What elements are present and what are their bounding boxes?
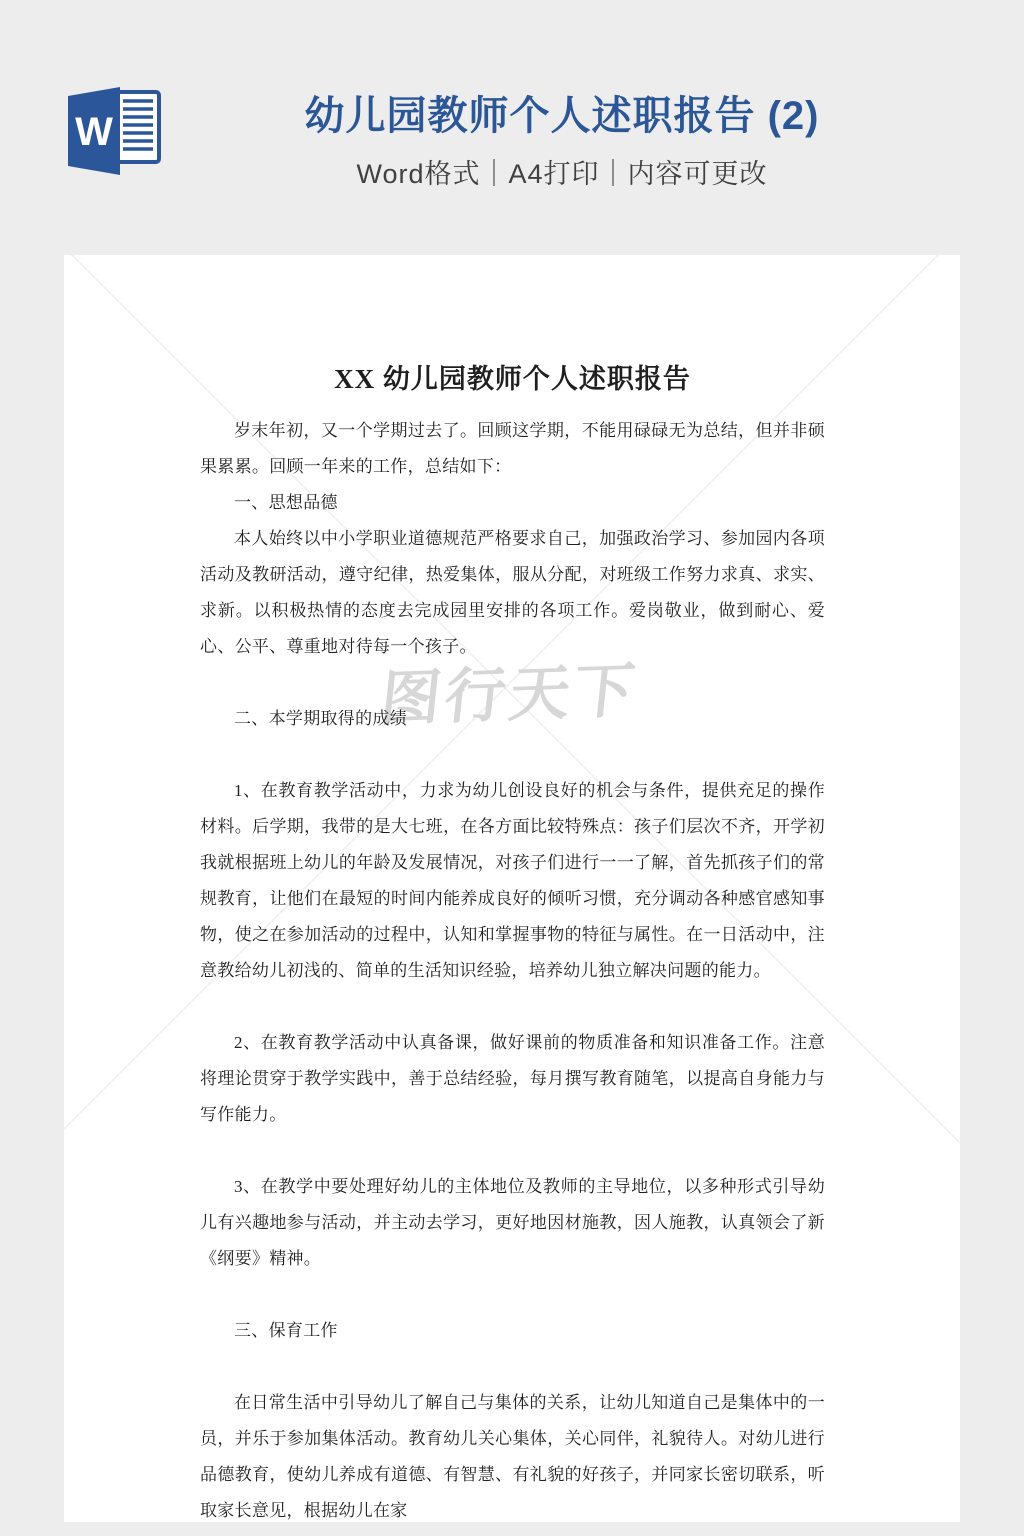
document-paragraph: 2、在教育教学活动中认真备课，做好课前的物质准备和知识准备工作。注意将理论贯穿于… bbox=[200, 1025, 825, 1133]
document-paragraph: 一、思想品德 bbox=[200, 485, 825, 521]
header-text-block: 幼儿园教师个人述职报告 (2) Word格式｜A4打印｜内容可更改 bbox=[100, 90, 1024, 191]
document-page: 图行天下 XX 幼儿园教师个人述职报告 岁末年初，又一个学期过去了。回顾这学期，… bbox=[64, 255, 960, 1522]
page-bottom-margin bbox=[0, 1522, 1024, 1536]
document-paragraph: 三、保育工作 bbox=[200, 1313, 825, 1349]
document-paragraph: 3、在教学中要处理好幼儿的主体地位及教师的主导地位，以多种形式引导幼儿有兴趣地参… bbox=[200, 1169, 825, 1277]
template-title: 幼儿园教师个人述职报告 (2) bbox=[100, 90, 1024, 142]
document-paragraph: 本人始终以中小学职业道德规范严格要求自己，加强政治学习、参加园内各项活动及教研活… bbox=[200, 521, 825, 665]
document-body: 岁末年初，又一个学期过去了。回顾这学期，不能用碌碌无为总结，但并非硕果累累。回顾… bbox=[200, 413, 825, 1522]
document-paragraph: 1、在教育教学活动中，力求为幼儿创设良好的机会与条件，提供充足的操作材料。后学期… bbox=[200, 773, 825, 989]
document-paragraph: 岁末年初，又一个学期过去了。回顾这学期，不能用碌碌无为总结，但并非硕果累累。回顾… bbox=[200, 413, 825, 485]
page-header: W 幼儿园教师个人述职报告 (2) Word格式｜A4打印｜内容可更改 bbox=[0, 0, 1024, 255]
document-title: XX 幼儿园教师个人述职报告 bbox=[200, 359, 825, 399]
document-paragraph: 二、本学期取得的成绩 bbox=[200, 701, 825, 737]
template-subtitle: Word格式｜A4打印｜内容可更改 bbox=[100, 152, 1024, 191]
document-paragraph: 在日常生活中引导幼儿了解自己与集体的关系，让幼儿知道自己是集体中的一员，并乐于参… bbox=[200, 1385, 825, 1522]
document-content: XX 幼儿园教师个人述职报告 岁末年初，又一个学期过去了。回顾这学期，不能用碌碌… bbox=[64, 255, 960, 1522]
